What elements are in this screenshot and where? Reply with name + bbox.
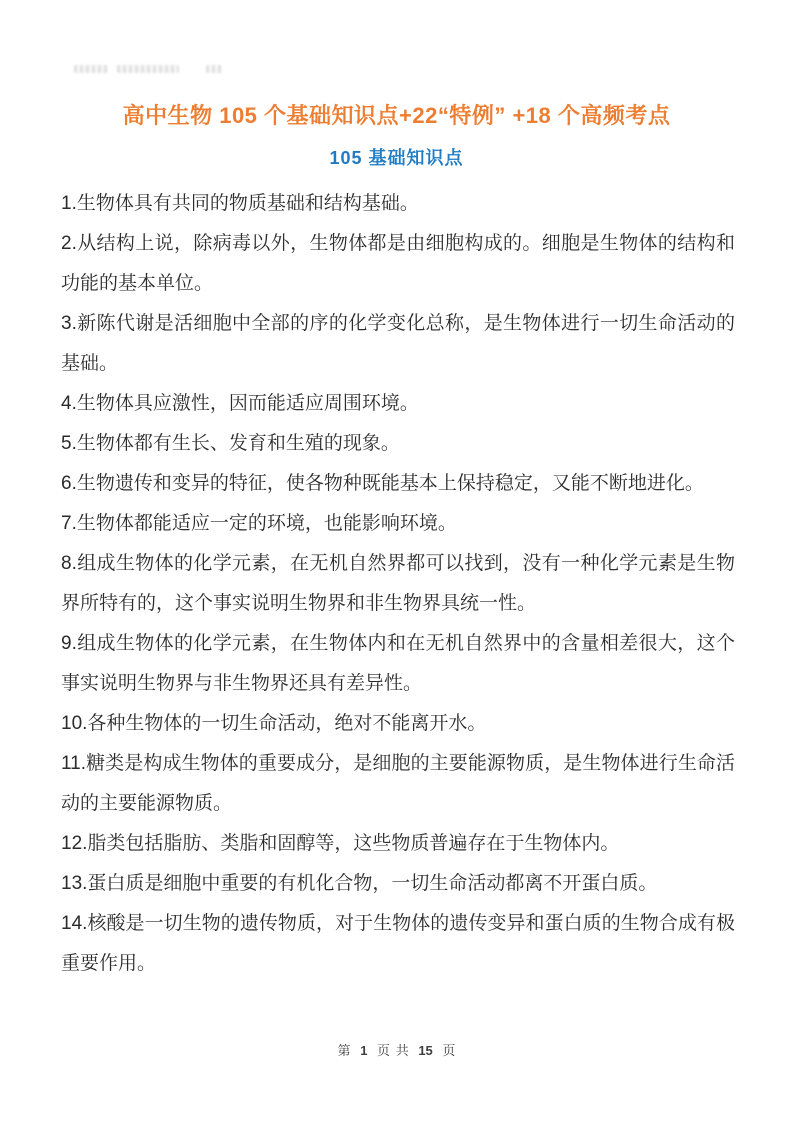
document-page: 高中生物 105 个基础知识点+22“特例” +18 个高频考点 105 基础知… — [0, 0, 793, 1122]
knowledge-point-item: 10.各种生物体的一切生命活动，绝对不能离开水。 — [61, 704, 735, 744]
section-heading: 105 基础知识点 — [0, 145, 793, 171]
watermark-smudge — [206, 65, 222, 73]
knowledge-points-list: 1.生物体具有共同的物质基础和结构基础。 2.从结构上说，除病毒以外，生物体都是… — [61, 184, 735, 984]
knowledge-point-item: 9.组成生物体的化学元素，在生物体内和在无机自然界中的含量相差很大，这个事实说明… — [61, 624, 735, 704]
watermark-smudge — [74, 65, 108, 73]
knowledge-point-item: 2.从结构上说，除病毒以外，生物体都是由细胞构成的。细胞是生物体的结构和功能的基… — [61, 224, 735, 304]
knowledge-point-item: 8.组成生物体的化学元素，在无机自然界都可以找到，没有一种化学元素是生物界所特有… — [61, 544, 735, 624]
footer-total-pages: 15 — [418, 1041, 432, 1061]
faint-watermark — [74, 62, 222, 76]
footer-label-suffix: 页 — [442, 1041, 455, 1061]
knowledge-point-item: 1.生物体具有共同的物质基础和结构基础。 — [61, 184, 735, 224]
knowledge-point-item: 4.生物体具应激性，因而能适应周围环境。 — [61, 384, 735, 424]
knowledge-point-item: 5.生物体都有生长、发育和生殖的现象。 — [61, 424, 735, 464]
knowledge-point-item: 14.核酸是一切生物的遗传物质，对于生物体的遗传变异和蛋白质的生物合成有极重要作… — [61, 904, 735, 984]
footer-label-page: 页 — [377, 1041, 390, 1061]
knowledge-point-item: 13.蛋白质是细胞中重要的有机化合物，一切生命活动都离不开蛋白质。 — [61, 864, 735, 904]
knowledge-point-item: 7.生物体都能适应一定的环境，也能影响环境。 — [61, 504, 735, 544]
page-footer: 第 1 页 共 15 页 — [0, 1041, 793, 1061]
knowledge-point-item: 12.脂类包括脂肪、类脂和固醇等，这些物质普遍存在于生物体内。 — [61, 824, 735, 864]
footer-page-number: 1 — [360, 1041, 367, 1061]
footer-label-prefix: 第 — [338, 1041, 351, 1061]
document-title: 高中生物 105 个基础知识点+22“特例” +18 个高频考点 — [0, 101, 793, 131]
knowledge-point-item: 11.糖类是构成生物体的重要成分，是细胞的主要能源物质，是生物体进行生命活动的主… — [61, 744, 735, 824]
knowledge-point-item: 3.新陈代谢是活细胞中全部的序的化学变化总称，是生物体进行一切生命活动的基础。 — [61, 304, 735, 384]
footer-label-of: 共 — [396, 1041, 409, 1061]
knowledge-point-item: 6.生物遗传和变异的特征，使各物种既能基本上保持稳定，又能不断地进化。 — [61, 464, 735, 504]
watermark-smudge — [117, 65, 179, 73]
